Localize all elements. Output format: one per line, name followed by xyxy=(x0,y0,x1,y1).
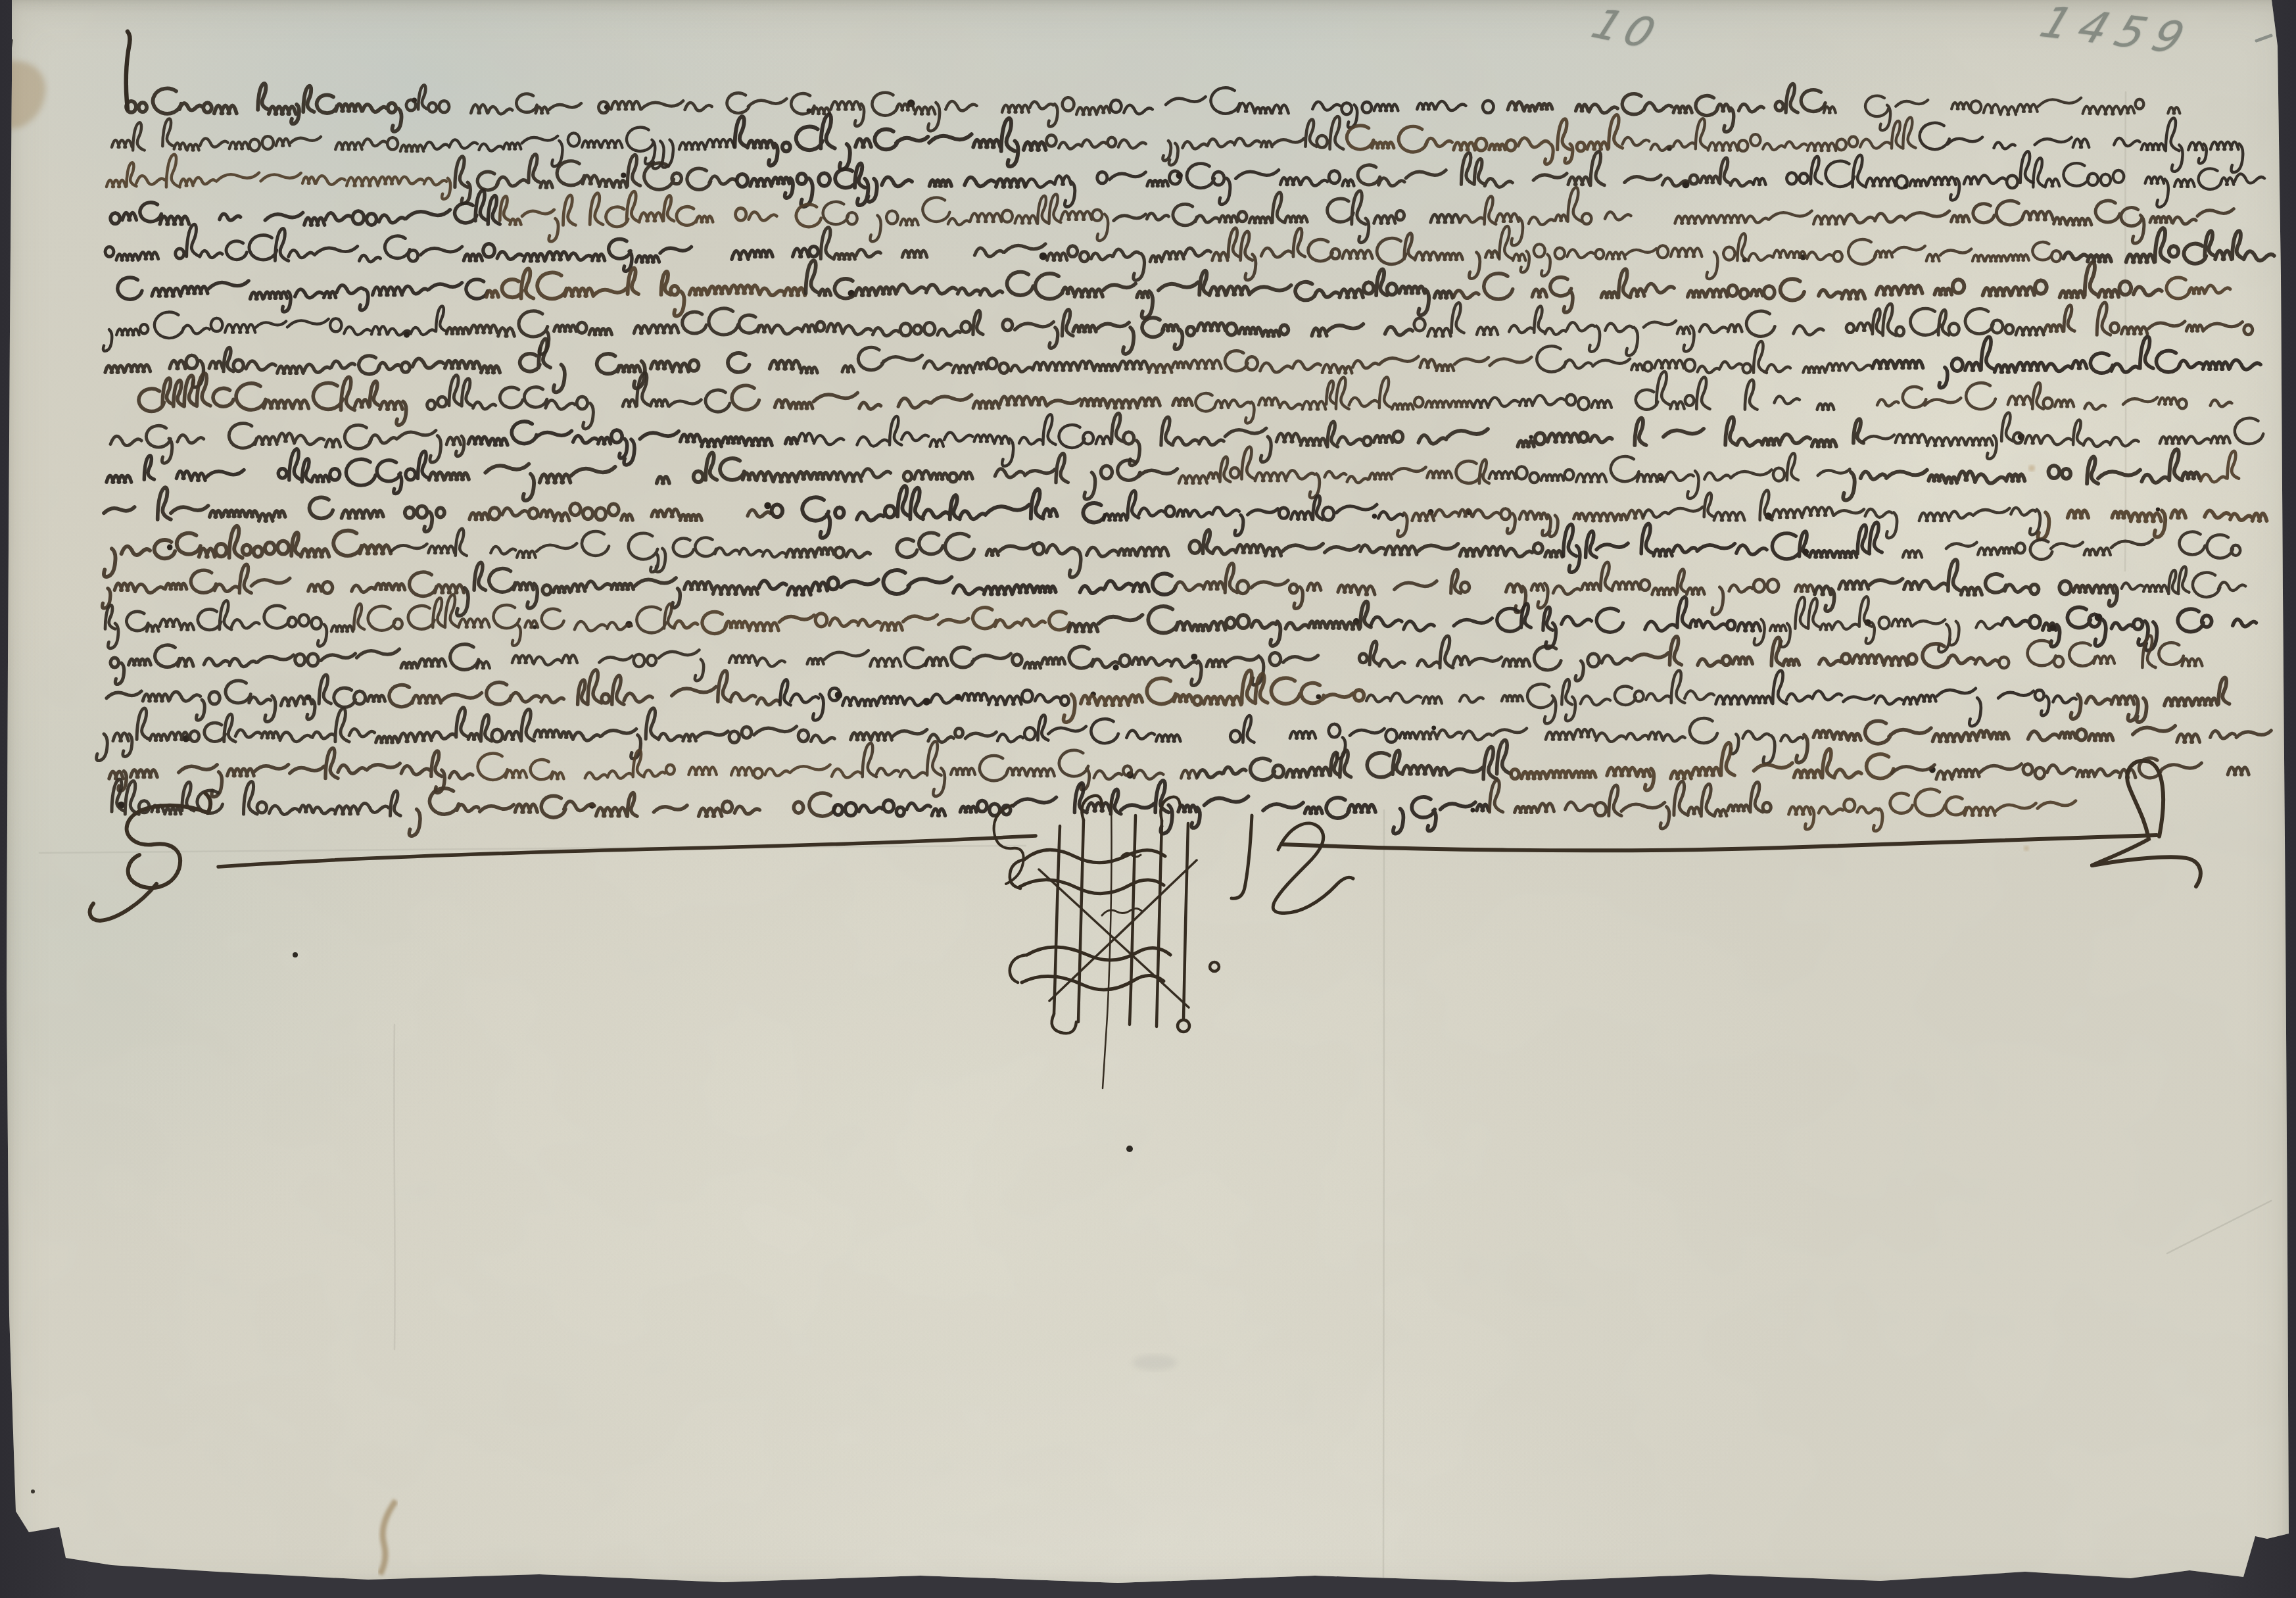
rust-speck xyxy=(2024,846,2029,851)
corner-chip xyxy=(0,37,13,76)
smudge xyxy=(1132,1355,1177,1370)
ink-speck xyxy=(293,952,298,957)
ink-speck xyxy=(1126,1146,1133,1152)
rust-speck xyxy=(2028,465,2035,472)
ink-speck xyxy=(31,1489,35,1493)
scan-background: 10 1459 xyxy=(0,0,2296,1598)
manuscript-ink-layer xyxy=(0,0,2296,1598)
